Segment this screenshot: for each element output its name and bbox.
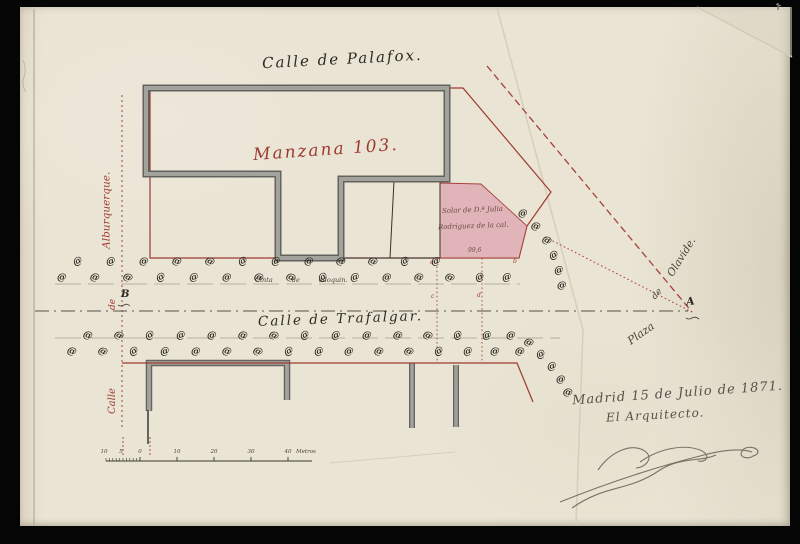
mark-d-label: d [477, 293, 481, 299]
scale-tick-label: 0 [138, 449, 142, 455]
tree-icon: @ [159, 345, 171, 358]
tree-icon: @ [556, 374, 566, 385]
tree-icon: @ [373, 345, 385, 358]
mark-c-label: c [431, 294, 434, 300]
tree-icon: @ [66, 345, 78, 358]
tree-icon: @ [175, 329, 187, 342]
tree-icon: @ [221, 345, 233, 358]
folded-corner [697, 7, 792, 57]
plan-canvas: Calle de Palafox. Manzana 103. Cinta de … [0, 0, 800, 544]
street-name-alburquerque-word-alburquerque: Alburquerque. [101, 172, 112, 249]
tree-icon: @ [237, 329, 249, 342]
tree-icon: @ [553, 264, 565, 277]
scale-tick-label: 5 [119, 449, 123, 455]
tree-icon: @ [562, 386, 574, 399]
tree-icon: @ [344, 346, 354, 357]
lot-division-lines [341, 179, 440, 258]
tree-icon: @ [57, 272, 67, 283]
building-walls-north [146, 88, 447, 258]
tree-icon: @ [362, 330, 372, 341]
tree-icon: @ [304, 256, 314, 267]
tree-icon: @ [191, 346, 201, 357]
scale-tick-label: 10 [174, 449, 181, 455]
point-b-label: B [121, 290, 129, 300]
tree-icon: @ [506, 330, 516, 341]
margin-scribble [23, 60, 26, 92]
tree-icon: @ [462, 345, 474, 358]
tree-icon: @ [546, 360, 558, 373]
scale-tick-label: 30 [248, 449, 255, 455]
tree-icon: @ [171, 255, 183, 268]
tree-icon: @ [530, 220, 542, 233]
mark-b-label: b [513, 259, 517, 265]
tree-icon: @ [270, 255, 282, 268]
alignment-rays [487, 66, 692, 312]
tree-icon: @ [430, 255, 442, 268]
tree-icon: @ [89, 271, 101, 284]
tree-icon: @ [207, 330, 217, 341]
tree-icon: @ [105, 255, 117, 268]
building-walls-south [148, 363, 456, 444]
street-name-alburquerque-word-de: de [109, 299, 118, 310]
tree-icon: @ [222, 272, 232, 283]
tree-icon: @ [514, 345, 526, 358]
tree-icon: @ [82, 329, 94, 342]
scale-tick-label: 40 [285, 449, 292, 455]
tree-icon: @ [188, 271, 200, 284]
tree-icon: @ [501, 271, 513, 284]
scale-tick-label: 10 [101, 449, 108, 455]
tree-icon: @ [490, 346, 500, 357]
solar-area-value: 99,6 [468, 248, 481, 254]
tree-icon: @ [139, 256, 149, 267]
plan-drawing [0, 0, 800, 544]
tree-icon: @ [392, 329, 404, 342]
tree-icon: @ [382, 272, 392, 283]
scale-bar [106, 457, 312, 461]
south-property-line [122, 363, 533, 402]
signature [560, 447, 758, 508]
solar-lot-polygon [440, 183, 527, 258]
tree-icon: @ [557, 280, 567, 291]
tree-icon: @ [330, 329, 342, 342]
point-a-label: A [685, 295, 695, 307]
tree-icon: @ [518, 208, 528, 219]
scale-tick-label: 20 [211, 449, 218, 455]
tree-icon: @ [481, 329, 493, 342]
tree-icon: @ [349, 271, 361, 284]
tree-icon: @ [253, 271, 265, 284]
tree-icon: @ [335, 255, 347, 268]
tree-icon: @ [413, 271, 425, 284]
scanned-plan-page: { "document": { "type": "historic street… [0, 0, 800, 544]
scale-unit-label: Metros [296, 449, 316, 455]
street-name-alburquerque-word-calle: Calle [108, 388, 118, 414]
tree-icon: @ [313, 345, 325, 358]
curb-note: Cinta de adoquin. [255, 277, 348, 284]
